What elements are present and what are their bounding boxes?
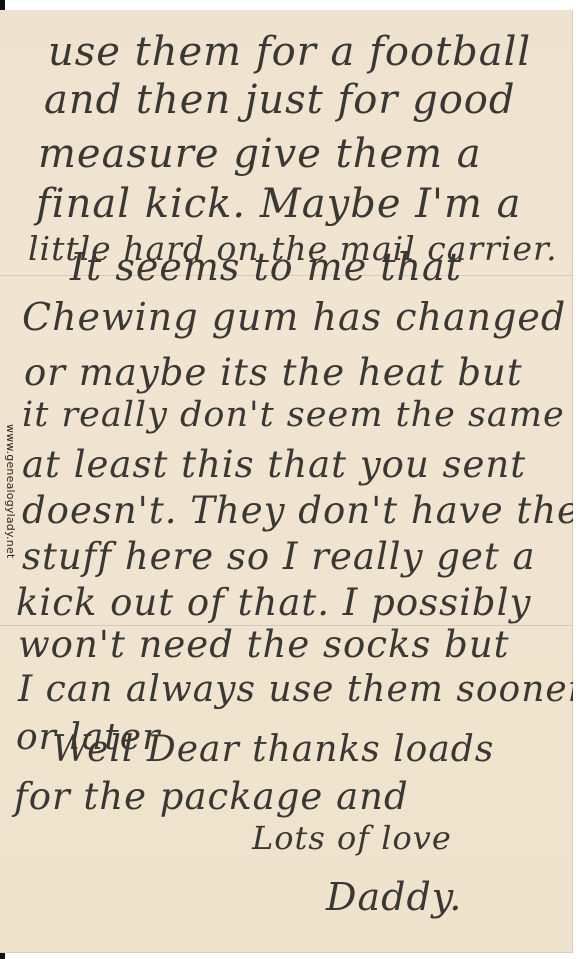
letter-line: and then just for good	[44, 80, 516, 120]
letter-line: It seems to me that	[70, 248, 462, 286]
letter-closing: Lots of love	[252, 822, 452, 854]
letter-line: kick out of that. I possibly	[16, 584, 531, 621]
letter-line: final kick. Maybe I'm a	[36, 184, 522, 224]
letter-line: stuff here so I really get a	[22, 538, 536, 575]
letter-line: measure give them a	[38, 134, 482, 174]
letter-line: I can always use them sooner	[18, 672, 573, 708]
letter-scan: www.genealogylady.net use them for a foo…	[0, 0, 581, 959]
letter-paper: www.genealogylady.net use them for a foo…	[0, 10, 573, 953]
letter-line: at least this that you sent	[22, 446, 526, 483]
letter-line: use them for a football	[48, 32, 531, 72]
letter-line: for the package and	[14, 778, 409, 815]
scan-edge-mark	[0, 953, 5, 959]
letter-line: won't need the socks but	[18, 626, 510, 663]
letter-line: it really don't seem the same	[22, 398, 565, 433]
letter-line: or maybe its the heat but	[24, 354, 523, 391]
letter-signature: Daddy.	[326, 878, 462, 916]
letter-line: Chewing gum has changed	[22, 298, 566, 336]
letter-line: doesn't. They don't have the	[22, 492, 573, 529]
scan-edge-mark	[0, 0, 5, 10]
letter-line: Well Dear thanks loads	[52, 732, 494, 768]
watermark: www.genealogylady.net	[3, 424, 17, 604]
